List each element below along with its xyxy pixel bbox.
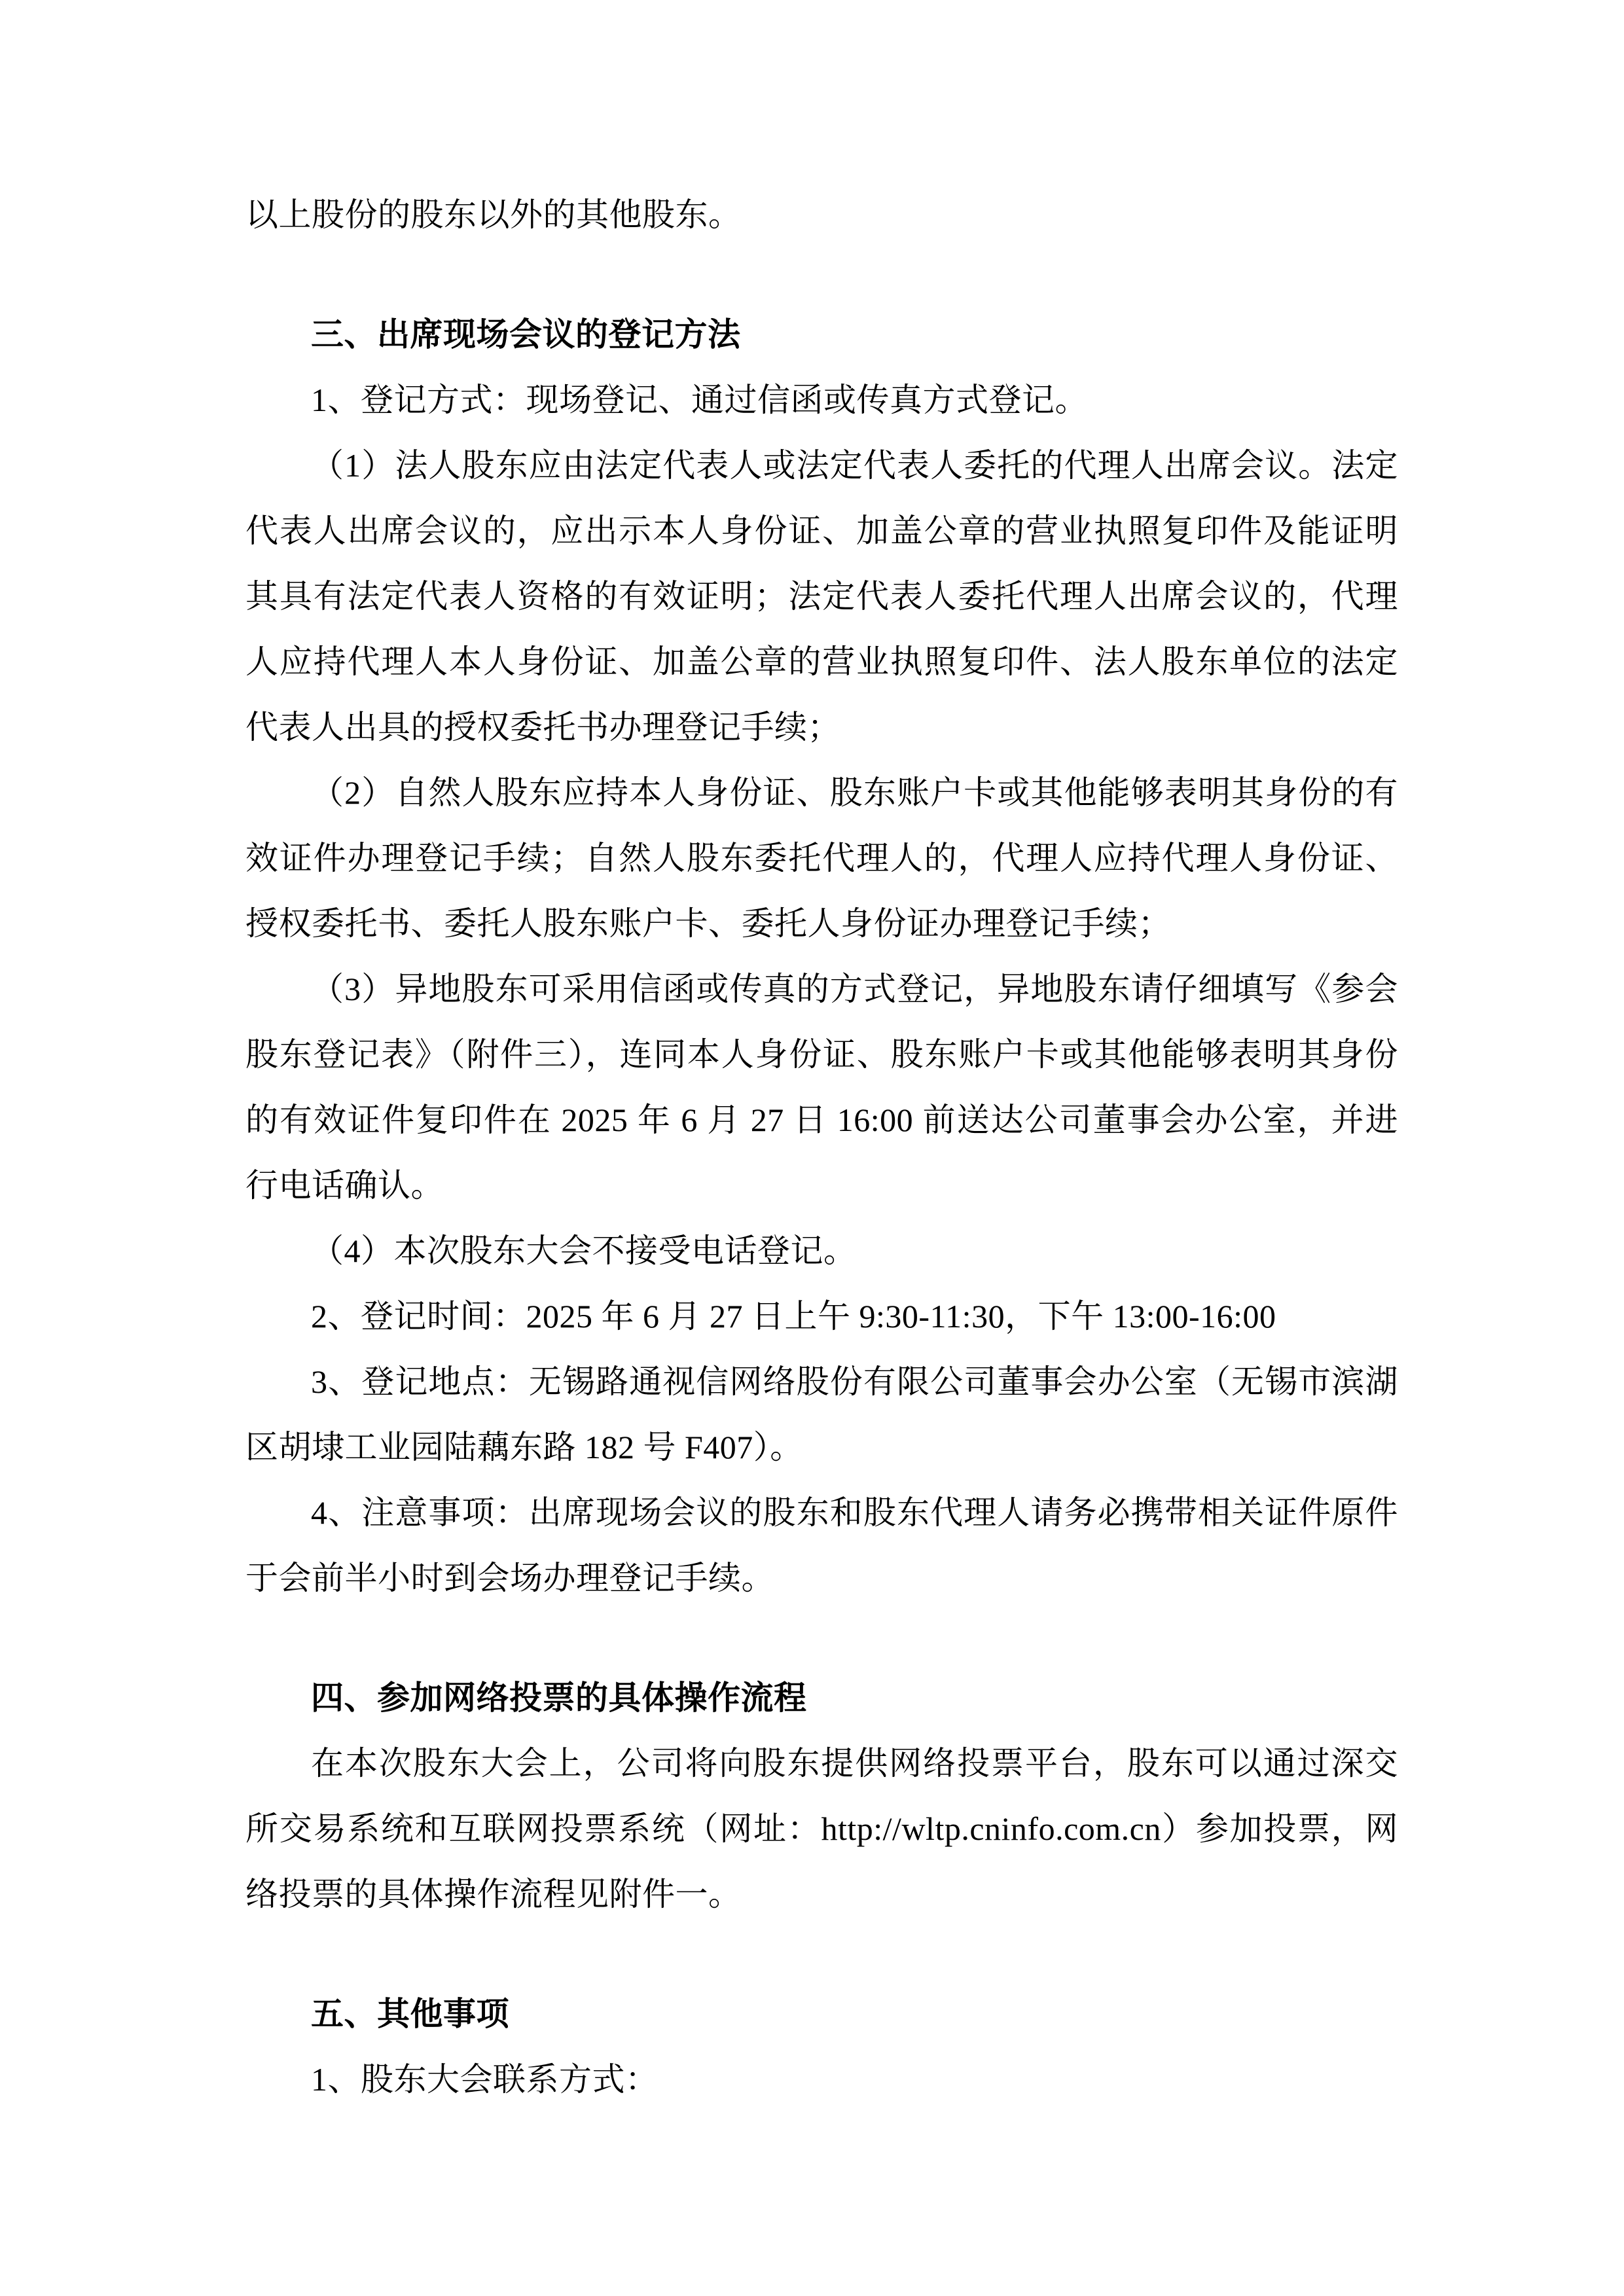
- paragraph: 以上股份的股东以外的其他股东。: [245, 182, 1398, 247]
- paragraph: 在本次股东大会上，公司将向股东提供网络投票平台，股东可以通过深交所交易系统和互联…: [245, 1731, 1398, 1927]
- section-heading: 四、参加网络投票的具体操作流程: [245, 1665, 1398, 1731]
- section-heading: 五、其他事项: [245, 1981, 1398, 2047]
- paragraph: （2）自然人股东应持本人身份证、股东账户卡或其他能够表明其身份的有效证件办理登记…: [245, 760, 1398, 956]
- paragraph: 4、注意事项：出席现场会议的股东和股东代理人请务必携带相关证件原件于会前半小时到…: [245, 1480, 1398, 1611]
- paragraph: 1、股东大会联系方式：: [245, 2047, 1398, 2112]
- document-page: 以上股份的股东以外的其他股东。三、出席现场会议的登记方法1、登记方式：现场登记、…: [0, 0, 1624, 2296]
- section-heading: 三、出席现场会议的登记方法: [245, 302, 1398, 367]
- paragraph: （1）法人股东应由法定代表人或法定代表人委托的代理人出席会议。法定代表人出席会议…: [245, 433, 1398, 760]
- paragraph: 3、登记地点：无锡路通视信网络股份有限公司董事会办公室（无锡市滨湖区胡埭工业园陆…: [245, 1349, 1398, 1480]
- paragraph: 2、登记时间：2025 年 6 月 27 日上午 9:30-11:30，下午 1…: [245, 1283, 1398, 1349]
- paragraph: （3）异地股东可采用信函或传真的方式登记，异地股东请仔细填写《参会股东登记表》（…: [245, 956, 1398, 1218]
- paragraph: 1、登记方式：现场登记、通过信函或传真方式登记。: [245, 367, 1398, 433]
- paragraph: （4）本次股东大会不接受电话登记。: [245, 1218, 1398, 1283]
